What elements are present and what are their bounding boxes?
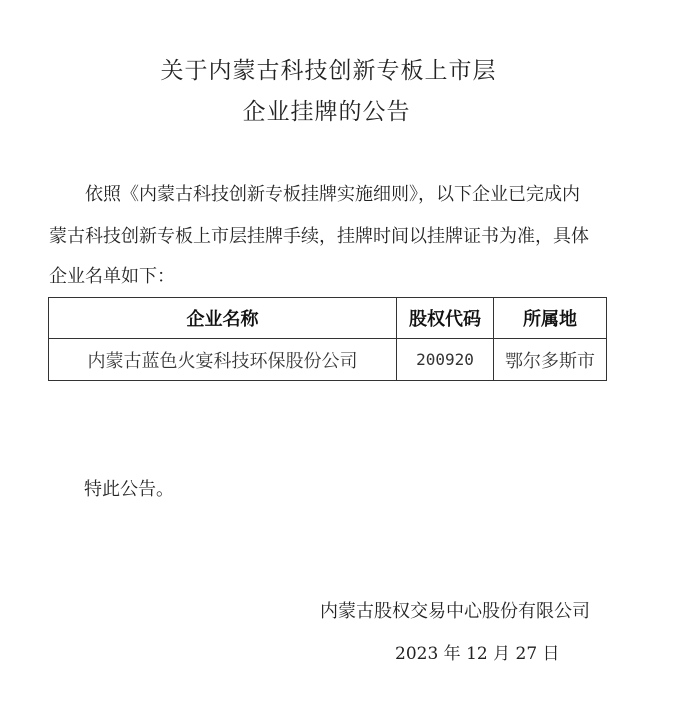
listed-companies-table: 企业名称 股权代码 所属地 内蒙古蓝色火宴科技环保股份公司 200920 鄂尔多… [48, 297, 607, 381]
signing-date: 2023 年 12 月 27 日 [395, 639, 560, 664]
cell-equity-code: 200920 [397, 339, 494, 381]
cell-company-name: 内蒙古蓝色火宴科技环保股份公司 [49, 339, 397, 381]
title-line-2: 企业挂牌的公告 [0, 93, 667, 126]
closing-statement: 特此公告。 [84, 475, 174, 501]
body-paragraph-line-2: 蒙古科技创新专板上市层挂牌手续，挂牌时间以挂牌证书为准，具体 [49, 222, 609, 248]
body-paragraph-line-3: 企业名单如下： [49, 262, 609, 288]
title-line-1: 关于内蒙古科技创新专板上市层 [0, 52, 669, 85]
signing-organization: 内蒙古股权交易中心股份有限公司 [320, 597, 590, 623]
table-header-row: 企业名称 股权代码 所属地 [49, 298, 607, 339]
table-row: 内蒙古蓝色火宴科技环保股份公司 200920 鄂尔多斯市 [49, 339, 607, 381]
cell-location: 鄂尔多斯市 [494, 339, 607, 381]
body-paragraph-line-1: 依照《内蒙古科技创新专板挂牌实施细则》，以下企业已完成内 [85, 180, 645, 206]
header-equity-code: 股权代码 [397, 298, 494, 339]
header-company-name: 企业名称 [49, 298, 397, 339]
header-location: 所属地 [494, 298, 607, 339]
